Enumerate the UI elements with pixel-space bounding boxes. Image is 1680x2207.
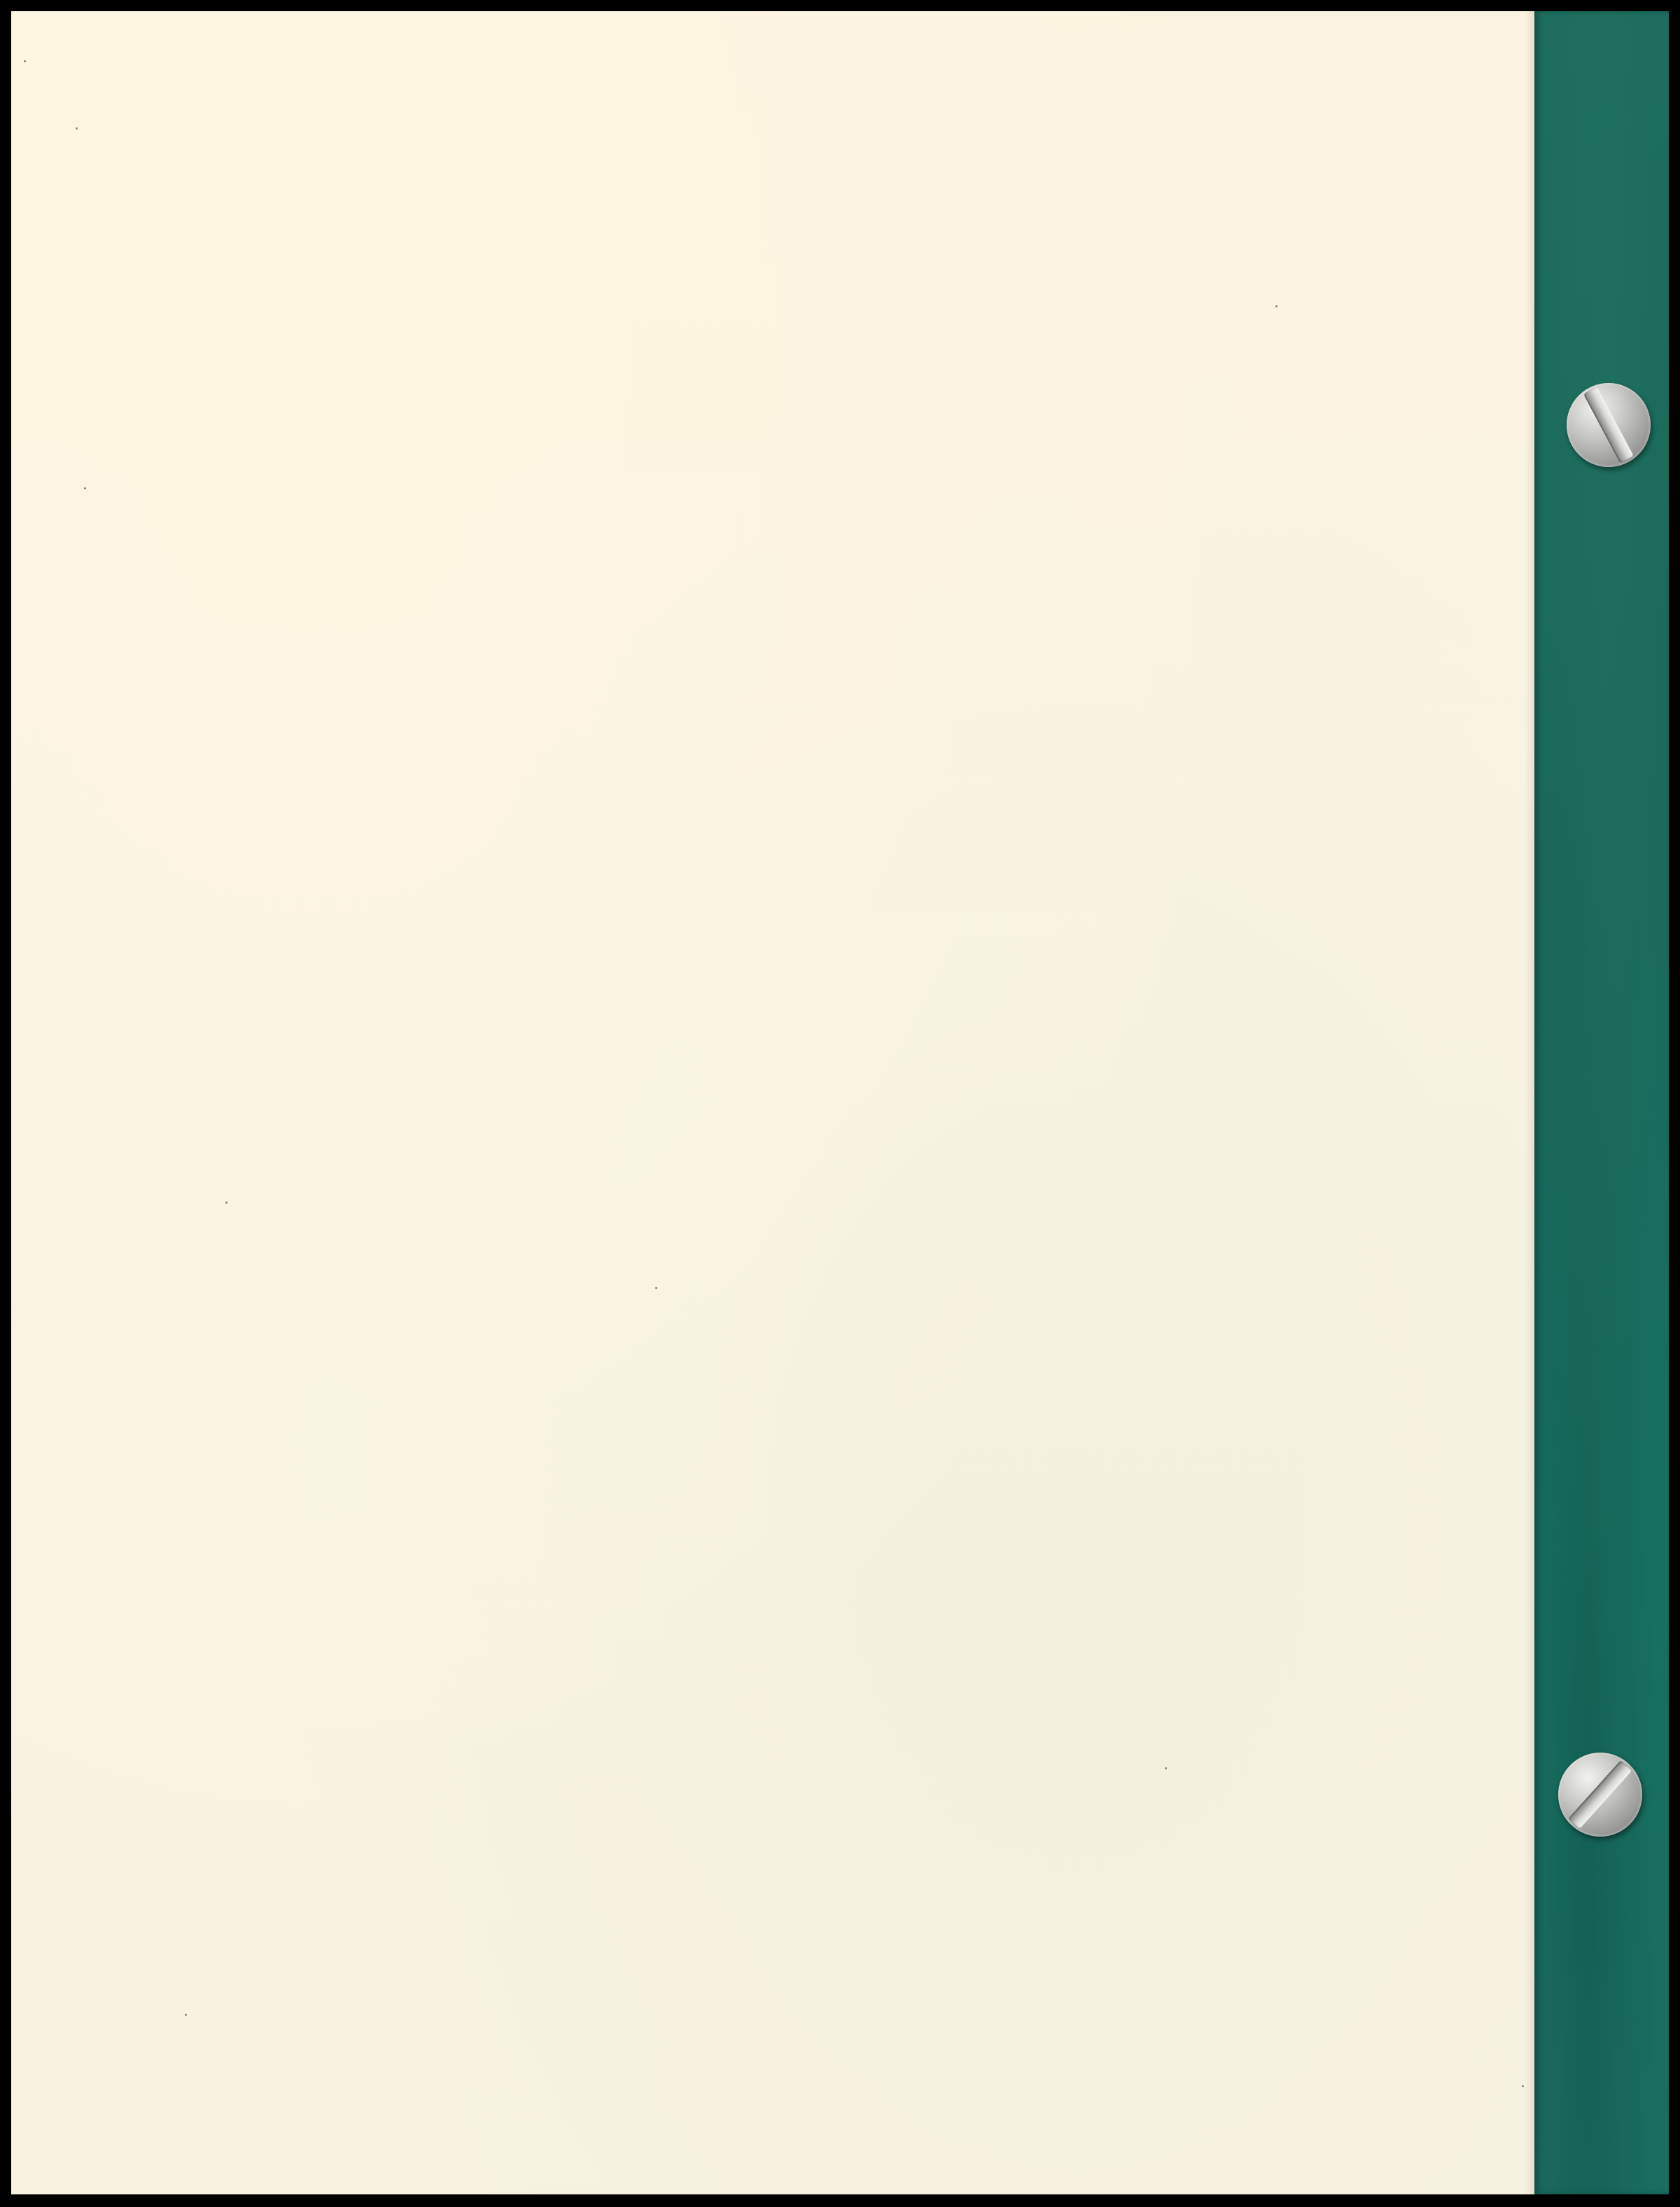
- screw-icon: [1567, 383, 1651, 467]
- paper-speck: [1165, 1767, 1167, 1769]
- screw-icon: [1558, 1753, 1642, 1837]
- paper-speck: [24, 60, 26, 62]
- paper-speck: [185, 2014, 187, 2016]
- paper-speck: [655, 1287, 657, 1289]
- paper-speck: [225, 1202, 227, 1204]
- screw-slot: [1568, 1760, 1632, 1829]
- blank-page: [11, 11, 1534, 2194]
- paper-speck: [84, 487, 86, 489]
- binder-spine: [1534, 11, 1669, 2194]
- paper-speck: [76, 127, 78, 130]
- paper-speck: [1522, 2085, 1524, 2087]
- paper-speck: [1275, 305, 1277, 307]
- screw-slot: [1583, 387, 1634, 463]
